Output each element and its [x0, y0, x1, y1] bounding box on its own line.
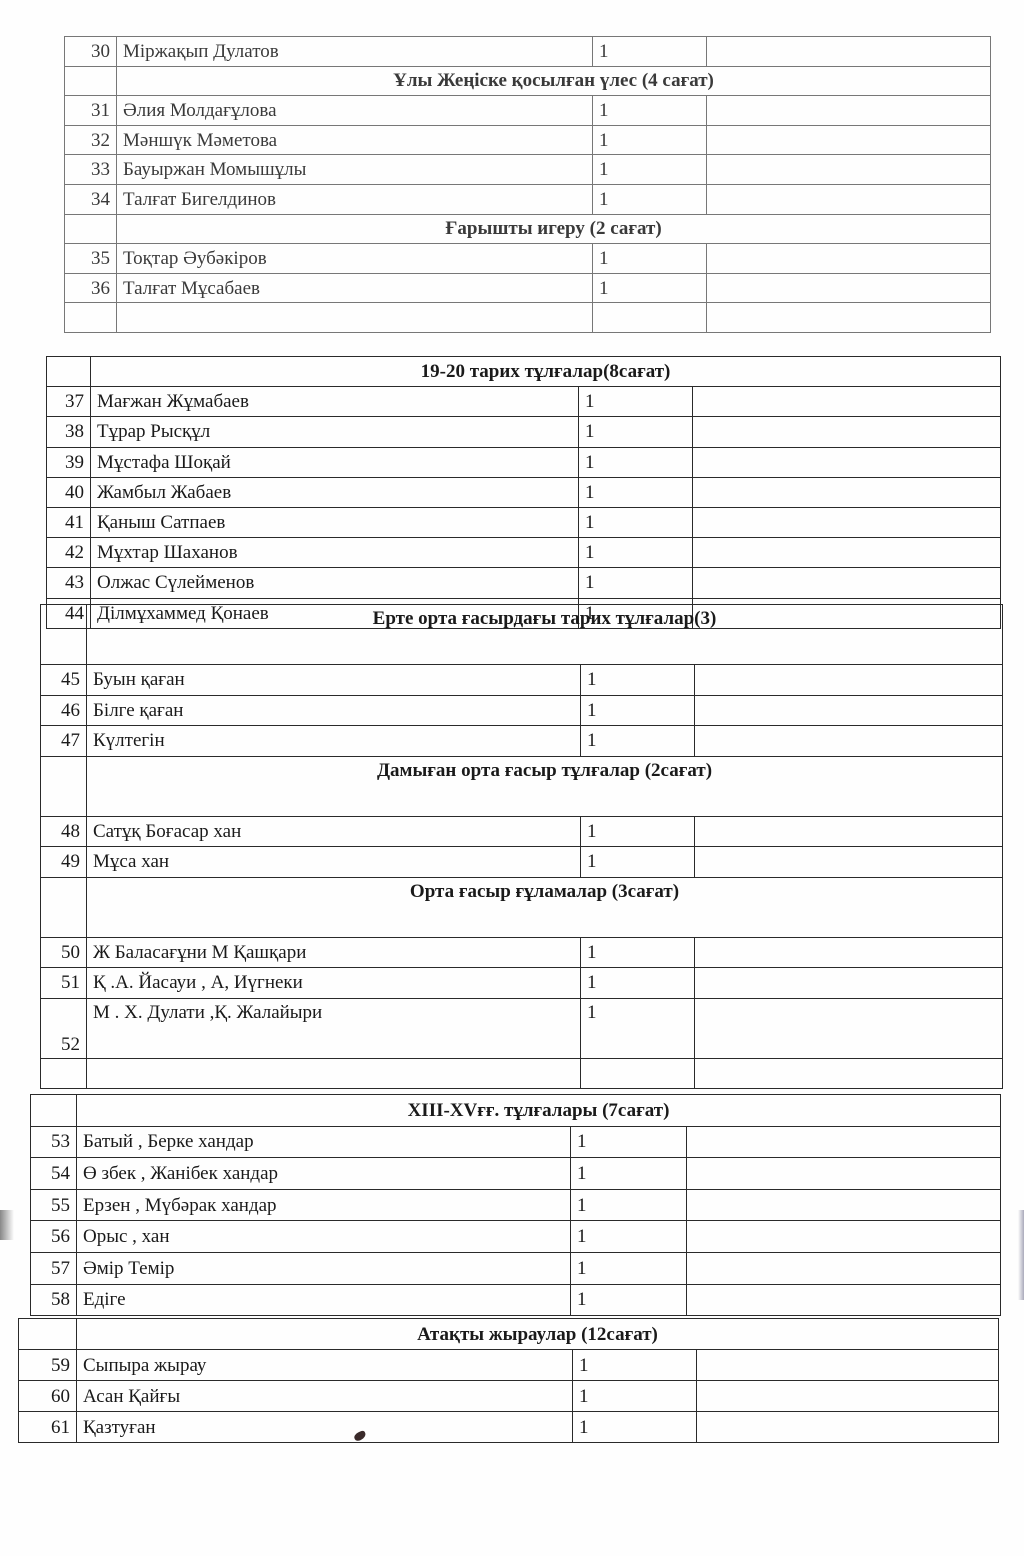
person-name: Жамбыл Жабаев — [91, 477, 579, 507]
row-number: 46 — [41, 695, 87, 726]
scan-edge-shadow — [0, 1210, 14, 1240]
person-name: Мұхтар Шаханов — [91, 538, 579, 568]
notes-cell — [693, 417, 1001, 447]
row-number: 45 — [41, 665, 87, 696]
empty-row — [65, 303, 991, 333]
row-number: 33 — [65, 155, 117, 185]
notes-cell — [695, 968, 1003, 999]
row-number: 31 — [65, 96, 117, 126]
row-number: 48 — [41, 816, 87, 847]
table-block-1: 30Міржақып Дулатов1Ұлы Жеңіске қосылған … — [64, 36, 991, 333]
row-number: 42 — [47, 538, 91, 568]
section-header-row: Орта ғасыр ғұламалар (3сағат) — [41, 877, 1003, 937]
section-num-cell — [41, 756, 87, 816]
table-row: 30Міржақып Дулатов1 — [65, 37, 991, 67]
hours-value: 1 — [581, 816, 695, 847]
person-name: Күлтегін — [87, 726, 581, 757]
person-name: Талғат Мұсабаев — [117, 273, 593, 303]
table-row: 39Мұстафа Шоқай1 — [47, 447, 1001, 477]
table-row: 49Мұса хан1 — [41, 847, 1003, 878]
person-name: Әмір Темір — [77, 1252, 571, 1284]
row-number: 61 — [19, 1412, 77, 1443]
person-name: Талғат Бигелдинов — [117, 184, 593, 214]
hours-value: 1 — [579, 477, 693, 507]
hours-value: 1 — [593, 244, 707, 274]
table-row: 35Тоқтар Әубәкіров1 — [65, 244, 991, 274]
table-row: 51Қ .А. Йасауи , А, Иүгнеки1 — [41, 968, 1003, 999]
row-number: 53 — [31, 1126, 77, 1158]
table-row: 60Асан Қайғы1 — [19, 1381, 999, 1412]
row-number: 32 — [65, 125, 117, 155]
person-name: Ө збек , Жанібек хандар — [77, 1158, 571, 1190]
person-name: Орыс , хан — [77, 1221, 571, 1253]
section-title: XIII-XVғғ. тұлғалары (7сағат) — [77, 1095, 1001, 1127]
hours-value: 1 — [579, 387, 693, 417]
section-title: Ғарышты игеру (2 сағат) — [117, 214, 991, 244]
hours-value: 1 — [579, 417, 693, 447]
hours-value: 1 — [571, 1189, 687, 1221]
section-header-row: Ерте орта ғасырдағы тарих тұлғалар(3) — [41, 605, 1003, 665]
person-name: Қаныш Сатпаев — [91, 507, 579, 537]
row-number: 52 — [41, 998, 87, 1058]
notes-cell — [687, 1189, 1001, 1221]
section-header-row: Ғарышты игеру (2 сағат) — [65, 214, 991, 244]
section-header-row: Дамыған орта ғасыр тұлғалар (2сағат) — [41, 756, 1003, 816]
table-row: 36Талғат Мұсабаев1 — [65, 273, 991, 303]
row-number: 56 — [31, 1221, 77, 1253]
hours-value: 1 — [571, 1284, 687, 1316]
person-name: Қ .А. Йасауи , А, Иүгнеки — [87, 968, 581, 999]
row-number: 37 — [47, 387, 91, 417]
hours-value: 1 — [593, 96, 707, 126]
table-row: 61Қазтуған1 — [19, 1412, 999, 1443]
person-name: Мәншүк Мәметова — [117, 125, 593, 155]
hours-value: 1 — [581, 968, 695, 999]
row-number: 57 — [31, 1252, 77, 1284]
section-num-cell — [41, 877, 87, 937]
hours-value: 1 — [581, 847, 695, 878]
table-block-4: XIII-XVғғ. тұлғалары (7сағат)53Батый , Б… — [30, 1094, 1001, 1316]
person-name: Міржақып Дулатов — [117, 37, 593, 67]
hours-value: 1 — [579, 447, 693, 477]
person-name: Ж Баласағұни М Қашқари — [87, 937, 581, 968]
row-number: 36 — [65, 273, 117, 303]
hours-value: 1 — [573, 1350, 697, 1381]
hours-value: 1 — [581, 937, 695, 968]
notes-cell — [693, 477, 1001, 507]
person-name: Мұса хан — [87, 847, 581, 878]
row-number: 43 — [47, 568, 91, 598]
row-number: 47 — [41, 726, 87, 757]
section-num-cell — [41, 605, 87, 665]
hours-value: 1 — [579, 538, 693, 568]
row-number: 59 — [19, 1350, 77, 1381]
row-number: 54 — [31, 1158, 77, 1190]
notes-cell — [695, 665, 1003, 696]
row-number: 55 — [31, 1189, 77, 1221]
person-name: Әлия Молдағұлова — [117, 96, 593, 126]
hours-value: 1 — [593, 273, 707, 303]
notes-cell — [687, 1126, 1001, 1158]
person-name: Сатұқ Боғасар хан — [87, 816, 581, 847]
notes-cell — [693, 538, 1001, 568]
row-number: 35 — [65, 244, 117, 274]
scanned-page: 30Міржақып Дулатов1Ұлы Жеңіске қосылған … — [0, 0, 1024, 1556]
person-name: Буын қаған — [87, 665, 581, 696]
table-row: 33Бауыржан Момышұлы1 — [65, 155, 991, 185]
row-number: 34 — [65, 184, 117, 214]
row-number: 39 — [47, 447, 91, 477]
section-header-row: XIII-XVғғ. тұлғалары (7сағат) — [31, 1095, 1001, 1127]
table-row: 38Тұрар Рысқұл1 — [47, 417, 1001, 447]
person-name: Білге қаған — [87, 695, 581, 726]
table-row: 45Буын қаған1 — [41, 665, 1003, 696]
section-num-cell — [31, 1095, 77, 1127]
table-row: 52М . Х. Дулати ,Қ. Жалайыри1 — [41, 998, 1003, 1058]
table-row: 43Олжас Сүлейменов1 — [47, 568, 1001, 598]
section-title: Орта ғасыр ғұламалар (3сағат) — [87, 877, 1003, 937]
row-number: 60 — [19, 1381, 77, 1412]
notes-cell — [707, 244, 991, 274]
section-header-row: Атақты жыраулар (12сағат) — [19, 1319, 999, 1350]
person-name: Қазтуған — [77, 1412, 573, 1443]
section-title: Атақты жыраулар (12сағат) — [77, 1319, 999, 1350]
notes-cell — [707, 155, 991, 185]
notes-cell — [707, 37, 991, 67]
notes-cell — [697, 1350, 999, 1381]
person-name: Сыпыра жырау — [77, 1350, 573, 1381]
person-name: Тұрар Рысқұл — [91, 417, 579, 447]
notes-cell — [695, 816, 1003, 847]
person-name: Едіге — [77, 1284, 571, 1316]
notes-cell — [693, 507, 1001, 537]
notes-cell — [687, 1284, 1001, 1316]
section-title: Дамыған орта ғасыр тұлғалар (2сағат) — [87, 756, 1003, 816]
hours-value: 1 — [593, 184, 707, 214]
row-number: 40 — [47, 477, 91, 507]
row-number: 49 — [41, 847, 87, 878]
table-row: 56Орыс , хан1 — [31, 1221, 1001, 1253]
hours-value: 1 — [593, 155, 707, 185]
notes-cell — [687, 1252, 1001, 1284]
hours-value: 1 — [581, 665, 695, 696]
section-title: Ұлы Жеңіске қосылған үлес (4 сағат) — [117, 66, 991, 96]
row-number: 38 — [47, 417, 91, 447]
table-row: 54Ө збек , Жанібек хандар1 — [31, 1158, 1001, 1190]
notes-cell — [693, 447, 1001, 477]
notes-cell — [695, 726, 1003, 757]
table-row: 42Мұхтар Шаханов1 — [47, 538, 1001, 568]
notes-cell — [697, 1412, 999, 1443]
section-header-row: 19-20 тарих тұлғалар(8сағат) — [47, 357, 1001, 387]
section-title: Ерте орта ғасырдағы тарих тұлғалар(3) — [87, 605, 1003, 665]
table-row: 48Сатұқ Боғасар хан1 — [41, 816, 1003, 847]
empty-cell — [695, 1058, 1003, 1089]
notes-cell — [707, 125, 991, 155]
table-row: 57Әмір Темір1 — [31, 1252, 1001, 1284]
notes-cell — [693, 568, 1001, 598]
hours-value: 1 — [579, 568, 693, 598]
notes-cell — [695, 847, 1003, 878]
table-row: 59Сыпыра жырау1 — [19, 1350, 999, 1381]
hours-value: 1 — [581, 998, 695, 1058]
notes-cell — [687, 1158, 1001, 1190]
table-block-3: Ерте орта ғасырдағы тарих тұлғалар(3)45Б… — [40, 604, 1003, 1089]
hours-value: 1 — [573, 1412, 697, 1443]
empty-cell — [65, 303, 117, 333]
section-num-cell — [47, 357, 91, 387]
hours-value: 1 — [593, 125, 707, 155]
table-row: 46Білге қаған1 — [41, 695, 1003, 726]
table-row: 47Күлтегін1 — [41, 726, 1003, 757]
row-number: 41 — [47, 507, 91, 537]
hours-value: 1 — [571, 1126, 687, 1158]
empty-cell — [581, 1058, 695, 1089]
row-number: 50 — [41, 937, 87, 968]
section-num-cell — [65, 214, 117, 244]
hours-value: 1 — [571, 1252, 687, 1284]
table-row: 58Едіге1 — [31, 1284, 1001, 1316]
table-row: 32Мәншүк Мәметова1 — [65, 125, 991, 155]
person-name: Батый , Берке хандар — [77, 1126, 571, 1158]
row-number: 58 — [31, 1284, 77, 1316]
table-row: 53Батый , Берке хандар1 — [31, 1126, 1001, 1158]
section-num-cell — [19, 1319, 77, 1350]
empty-cell — [117, 303, 593, 333]
notes-cell — [697, 1381, 999, 1412]
hours-value: 1 — [581, 695, 695, 726]
person-name: Мұстафа Шоқай — [91, 447, 579, 477]
notes-cell — [707, 184, 991, 214]
empty-cell — [87, 1058, 581, 1089]
notes-cell — [707, 96, 991, 126]
empty-cell — [707, 303, 991, 333]
table-block-5: Атақты жыраулар (12сағат)59Сыпыра жырау1… — [18, 1318, 999, 1443]
person-name: Бауыржан Момышұлы — [117, 155, 593, 185]
table-row: 50Ж Баласағұни М Қашқари1 — [41, 937, 1003, 968]
table-row: 41Қаныш Сатпаев1 — [47, 507, 1001, 537]
notes-cell — [695, 998, 1003, 1058]
table-row: 55Ерзен , Мүбәрак хандар1 — [31, 1189, 1001, 1221]
notes-cell — [693, 387, 1001, 417]
person-name: М . Х. Дулати ,Қ. Жалайыри — [87, 998, 581, 1058]
notes-cell — [695, 695, 1003, 726]
table-row: 31Әлия Молдағұлова1 — [65, 96, 991, 126]
scan-edge-shadow — [1018, 1210, 1024, 1300]
table-row: 34Талғат Бигелдинов1 — [65, 184, 991, 214]
section-title: 19-20 тарих тұлғалар(8сағат) — [91, 357, 1001, 387]
notes-cell — [695, 937, 1003, 968]
section-num-cell — [65, 66, 117, 96]
person-name: Асан Қайғы — [77, 1381, 573, 1412]
notes-cell — [687, 1221, 1001, 1253]
empty-cell — [41, 1058, 87, 1089]
hours-value: 1 — [593, 37, 707, 67]
hours-value: 1 — [581, 726, 695, 757]
table-block-2: 19-20 тарих тұлғалар(8сағат)37Мағжан Жұм… — [46, 356, 1001, 629]
notes-cell — [707, 273, 991, 303]
hours-value: 1 — [571, 1221, 687, 1253]
person-name: Олжас Сүлейменов — [91, 568, 579, 598]
hours-value: 1 — [573, 1381, 697, 1412]
section-header-row: Ұлы Жеңіске қосылған үлес (4 сағат) — [65, 66, 991, 96]
empty-row — [41, 1058, 1003, 1089]
table-row: 37Мағжан Жұмабаев1 — [47, 387, 1001, 417]
person-name: Мағжан Жұмабаев — [91, 387, 579, 417]
table-row: 40Жамбыл Жабаев1 — [47, 477, 1001, 507]
row-number: 51 — [41, 968, 87, 999]
empty-cell — [593, 303, 707, 333]
person-name: Тоқтар Әубәкіров — [117, 244, 593, 274]
hours-value: 1 — [571, 1158, 687, 1190]
row-number: 30 — [65, 37, 117, 67]
hours-value: 1 — [579, 507, 693, 537]
person-name: Ерзен , Мүбәрак хандар — [77, 1189, 571, 1221]
